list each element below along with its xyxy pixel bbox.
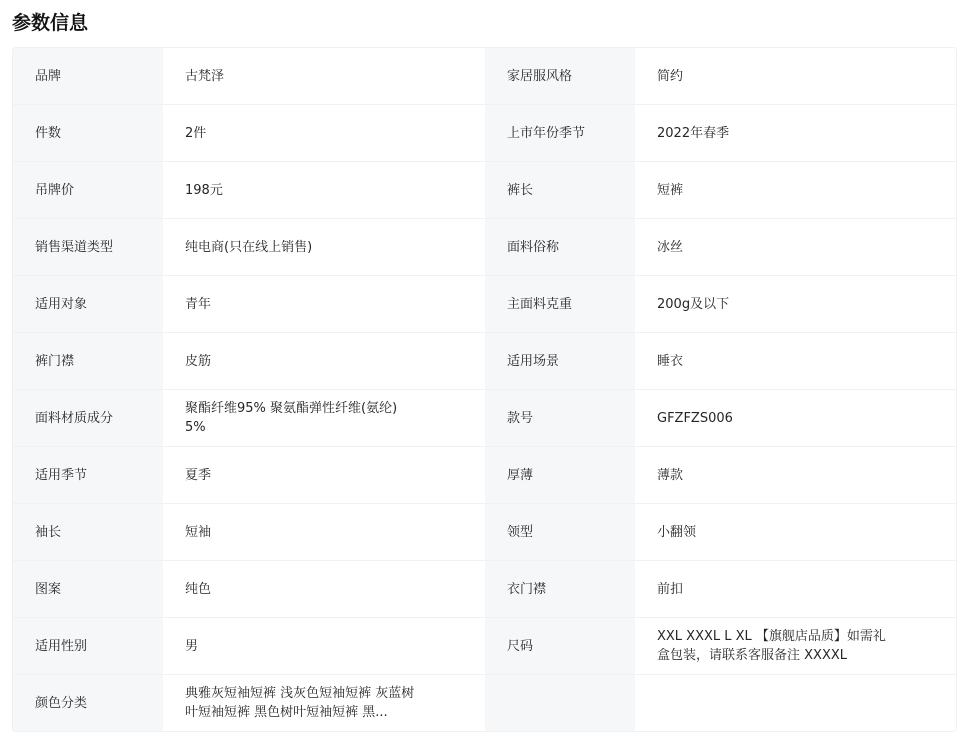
param-label: 面料俗称 [485, 219, 635, 275]
param-value: 短裤 [635, 162, 956, 218]
params-table: 品牌 古梵泽 家居服风格 简约 件数 2件 上市年份季节 2022年春季 吊牌价… [12, 47, 957, 732]
param-label: 颜色分类 [13, 675, 163, 731]
param-value: 前扣 [635, 561, 956, 617]
param-value: XXL XXXL L XL 【旗舰店品质】如需礼盒包装，请联系客服备注 XXXX… [635, 618, 956, 674]
param-value: 夏季 [163, 447, 485, 503]
param-value: 青年 [163, 276, 485, 332]
table-row: 销售渠道类型 纯电商(只在线上销售) 面料俗称 冰丝 [13, 219, 956, 276]
param-label: 裤长 [485, 162, 635, 218]
param-value: 聚酯纤维95% 聚氨酯弹性纤维(氨纶) 5% [163, 390, 485, 446]
param-label: 适用场景 [485, 333, 635, 389]
param-label: 面料材质成分 [13, 390, 163, 446]
table-row: 件数 2件 上市年份季节 2022年春季 [13, 105, 956, 162]
param-label: 图案 [13, 561, 163, 617]
param-label: 适用性别 [13, 618, 163, 674]
table-row: 颜色分类 典雅灰短袖短裤 浅灰色短袖短裤 灰蓝树叶短袖短裤 黑色树叶短袖短裤 黑… [13, 675, 956, 731]
param-label: 款号 [485, 390, 635, 446]
param-value: 简约 [635, 48, 956, 104]
param-label: 家居服风格 [485, 48, 635, 104]
param-value: 男 [163, 618, 485, 674]
param-value: 典雅灰短袖短裤 浅灰色短袖短裤 灰蓝树叶短袖短裤 黑色树叶短袖短裤 黑... [163, 675, 485, 731]
table-row: 品牌 古梵泽 家居服风格 简约 [13, 48, 956, 105]
param-value: 短袖 [163, 504, 485, 560]
param-value: 纯色 [163, 561, 485, 617]
param-label: 主面料克重 [485, 276, 635, 332]
param-label: 适用对象 [13, 276, 163, 332]
table-row: 面料材质成分 聚酯纤维95% 聚氨酯弹性纤维(氨纶) 5% 款号 GFZFZS0… [13, 390, 956, 447]
param-label: 厚薄 [485, 447, 635, 503]
param-value: 冰丝 [635, 219, 956, 275]
param-label: 衣门襟 [485, 561, 635, 617]
param-value: 2件 [163, 105, 485, 161]
param-label: 袖长 [13, 504, 163, 560]
table-row: 适用季节 夏季 厚薄 薄款 [13, 447, 956, 504]
param-value: 古梵泽 [163, 48, 485, 104]
param-label [485, 675, 635, 731]
param-label: 适用季节 [13, 447, 163, 503]
section-title: 参数信息 [12, 10, 88, 36]
param-label: 尺码 [485, 618, 635, 674]
param-value: 睡衣 [635, 333, 956, 389]
table-row: 图案 纯色 衣门襟 前扣 [13, 561, 956, 618]
param-label: 吊牌价 [13, 162, 163, 218]
param-label: 领型 [485, 504, 635, 560]
param-value: GFZFZS006 [635, 390, 956, 446]
param-value: 皮筋 [163, 333, 485, 389]
table-row: 适用性别 男 尺码 XXL XXXL L XL 【旗舰店品质】如需礼盒包装，请联… [13, 618, 956, 675]
param-value: 198元 [163, 162, 485, 218]
param-value: 2022年春季 [635, 105, 956, 161]
param-value: 200g及以下 [635, 276, 956, 332]
param-value [635, 675, 956, 731]
table-row: 裤门襟 皮筋 适用场景 睡衣 [13, 333, 956, 390]
param-label: 件数 [13, 105, 163, 161]
table-row: 吊牌价 198元 裤长 短裤 [13, 162, 956, 219]
param-label: 上市年份季节 [485, 105, 635, 161]
table-row: 袖长 短袖 领型 小翻领 [13, 504, 956, 561]
param-value: 小翻领 [635, 504, 956, 560]
param-label: 裤门襟 [13, 333, 163, 389]
param-value: 薄款 [635, 447, 956, 503]
table-row: 适用对象 青年 主面料克重 200g及以下 [13, 276, 956, 333]
param-label: 销售渠道类型 [13, 219, 163, 275]
param-value: 纯电商(只在线上销售) [163, 219, 485, 275]
param-label: 品牌 [13, 48, 163, 104]
